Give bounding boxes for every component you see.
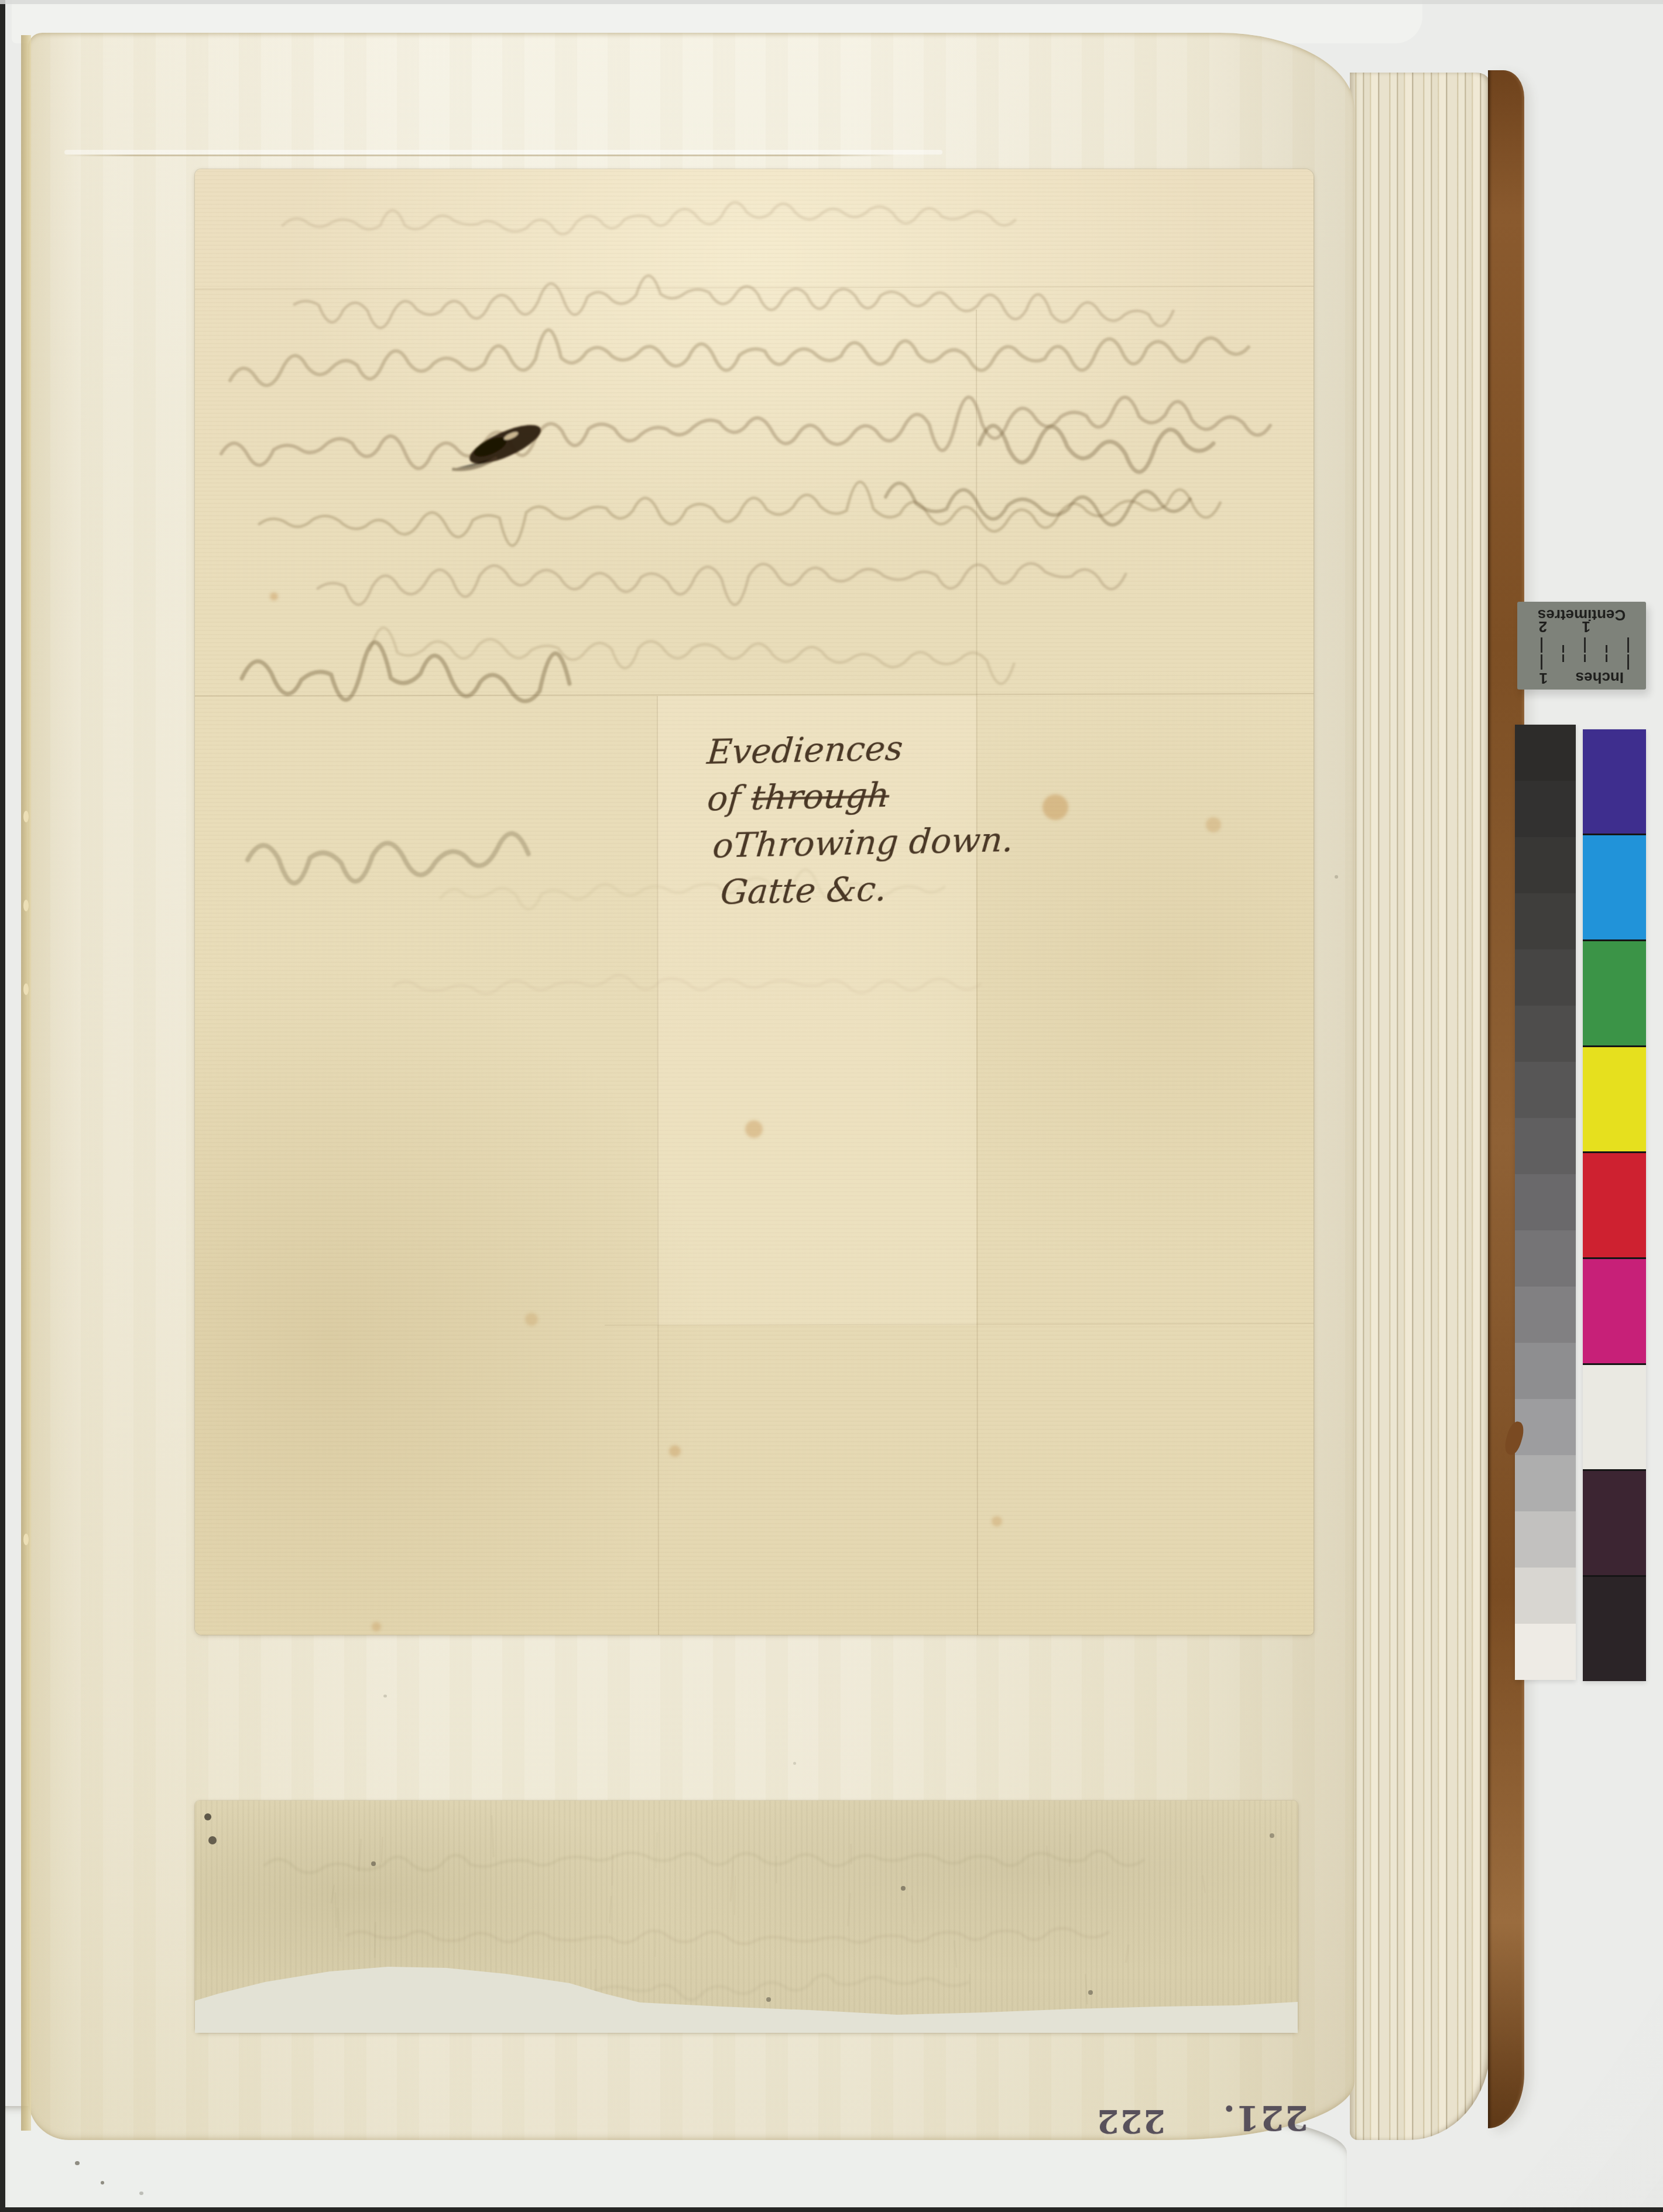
gutter-seam: [21, 35, 31, 2131]
color-patch-green: [1583, 941, 1646, 1047]
color-patch-cyan-blue: [1583, 835, 1646, 941]
gray-step: [1515, 1006, 1576, 1062]
gray-step: [1515, 725, 1576, 781]
color-patch-red: [1583, 1153, 1646, 1259]
gray-step: [1515, 1511, 1576, 1568]
gray-step: [1515, 1118, 1576, 1174]
gray-step: [1515, 1343, 1576, 1399]
color-patch-black: [1583, 1577, 1646, 1681]
inches-label: Inches: [1576, 668, 1624, 687]
manuscript-endorsement: Evediences of through oThrowing down. Ga…: [694, 719, 1155, 916]
gray-step: [1515, 1062, 1576, 1118]
guard-hinge-highlight: [64, 150, 942, 155]
endorsement-line-4: Gatte &c.: [694, 860, 1143, 916]
sewing-stitch: [23, 1534, 29, 1545]
ruler-card: Inches 1 1 2 Centimetres: [1517, 602, 1646, 690]
gray-step: [1515, 1287, 1576, 1343]
manuscript-strip: [195, 1801, 1298, 2033]
sewing-stitch: [23, 900, 29, 911]
grayscale-wedge: [1515, 725, 1576, 1680]
ruler-card-face: Inches 1 1 2 Centimetres: [1517, 602, 1646, 690]
gray-step: [1515, 893, 1576, 949]
color-patch-yellow: [1583, 1047, 1646, 1153]
book-fore-edge-pages: [1350, 73, 1490, 2140]
photo-edge-top: [0, 0, 1663, 4]
gray-step: [1515, 949, 1576, 1006]
color-patch-violet: [1583, 729, 1646, 835]
gray-step: [1515, 781, 1576, 837]
gray-step: [1515, 1624, 1576, 1680]
gray-step: [1515, 1174, 1576, 1230]
color-patch-magenta: [1583, 1259, 1646, 1365]
color-patch-white: [1583, 1365, 1646, 1471]
color-patch-dark-maroon: [1583, 1471, 1646, 1577]
sewing-stitch: [23, 983, 29, 995]
photo-edge-bottom: [0, 2207, 1663, 2212]
centimetres-label: Centimetres: [1517, 606, 1646, 624]
guard-hinge-line: [64, 155, 896, 156]
photo-edge-left: [0, 0, 5, 2212]
manuscript-sheet: Evediences of through oThrowing down. Ga…: [195, 169, 1314, 1635]
gray-step: [1515, 1230, 1576, 1287]
inch-tick-label-1: 1: [1539, 669, 1548, 687]
sewing-stitch: [23, 811, 29, 822]
archival-photograph: Evediences of through oThrowing down. Ga…: [0, 0, 1663, 2212]
struck-word: through: [750, 775, 891, 818]
ruler-baseline: [1527, 653, 1637, 654]
gray-step: [1515, 1399, 1576, 1455]
color-calibration-bar: [1583, 729, 1646, 1681]
torn-bottom-edge: [195, 1967, 1298, 2033]
page-number-221: 221.: [1222, 2098, 1308, 2137]
gray-step: [1515, 1455, 1576, 1511]
gray-step: [1515, 1568, 1576, 1624]
page-number-222: 222: [1096, 2103, 1165, 2140]
gray-step: [1515, 837, 1576, 893]
